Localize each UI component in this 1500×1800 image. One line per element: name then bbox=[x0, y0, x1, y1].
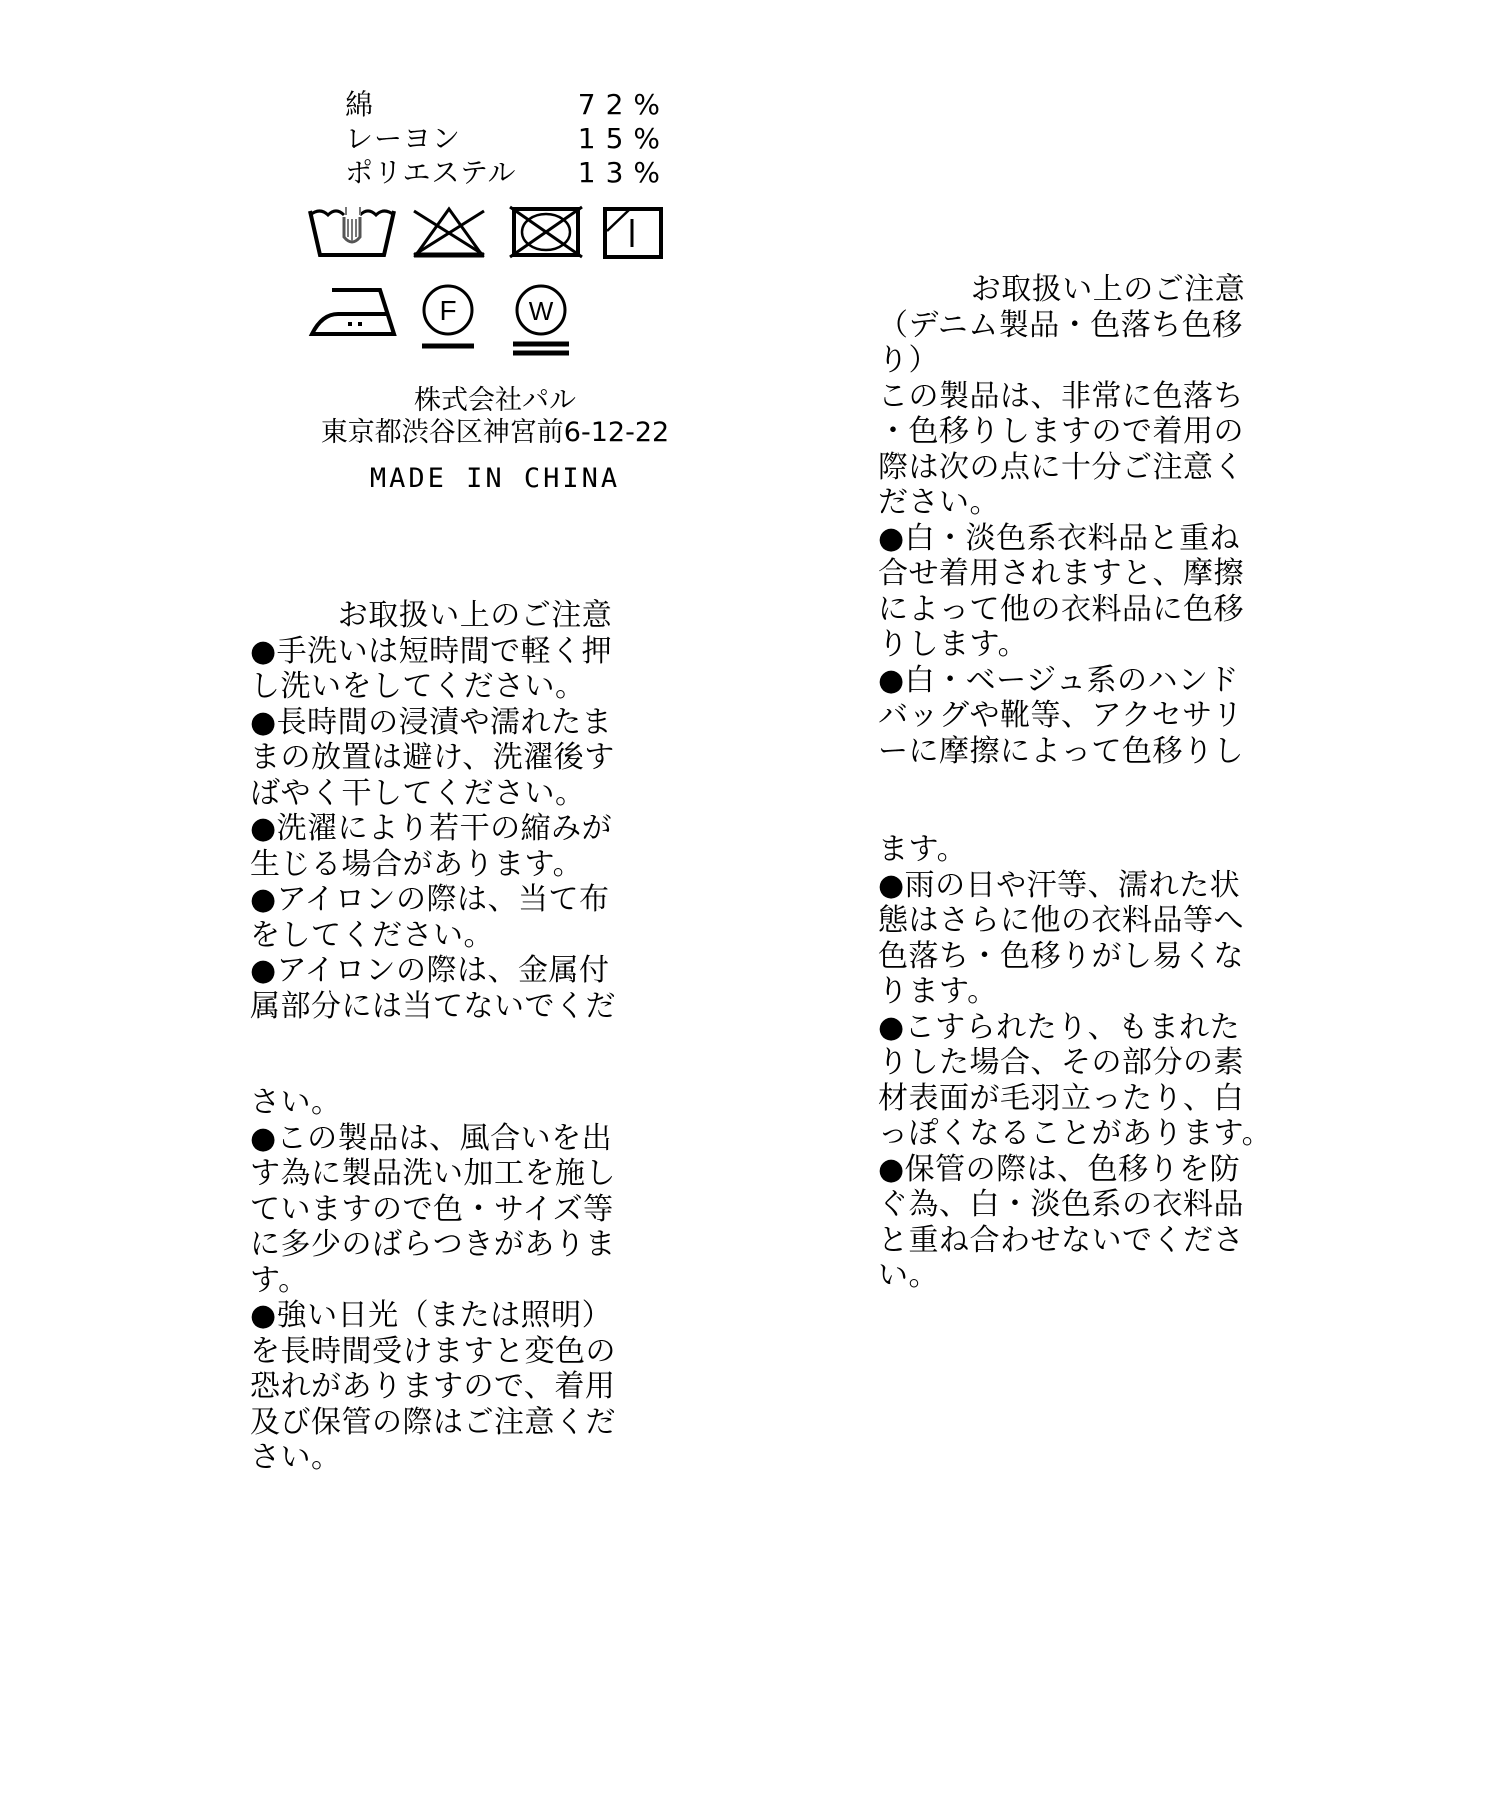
company-name: 株式会社パル bbox=[250, 385, 740, 417]
company-address: 東京都渋谷区神宮前6-12-22 bbox=[250, 417, 740, 449]
care-line: に多少のばらつきがありま bbox=[250, 1227, 700, 1263]
no-tumble-dry-icon bbox=[508, 203, 584, 261]
care-line: と重ね合わせないでくださ bbox=[878, 1223, 1338, 1259]
care-line: っぽくなることがあります。 bbox=[878, 1116, 1338, 1152]
fiber-material: 綿 bbox=[345, 88, 374, 122]
care-line: ーに摩擦によって色移りし bbox=[878, 734, 1338, 770]
care-line: ●洗濯により若干の縮みが bbox=[250, 811, 700, 847]
care-line: ●長時間の浸漬や濡れたま bbox=[250, 705, 700, 741]
care-line: ●白・ベージュ系のハンド bbox=[878, 663, 1338, 699]
fiber-percent: 15% bbox=[578, 122, 670, 156]
care-line: ります。 bbox=[878, 974, 1338, 1010]
svg-text:F: F bbox=[439, 295, 456, 326]
care-line: 色落ち・色移りがし易くな bbox=[878, 939, 1338, 975]
care-line: 属部分には当てないでくだ bbox=[250, 989, 700, 1025]
care-line: り） bbox=[878, 343, 1338, 379]
care-line: ていますので色・サイズ等 bbox=[250, 1192, 700, 1228]
care-line: い。 bbox=[878, 1258, 1338, 1294]
care-line: まの放置は避け、洗濯後す bbox=[250, 740, 700, 776]
care-line: さい。 bbox=[250, 1085, 700, 1121]
hand-wash-icon bbox=[306, 203, 398, 261]
care-line: 際は次の点に十分ご注意く bbox=[878, 450, 1338, 486]
care-line: この製品は、非常に色落ち bbox=[878, 379, 1338, 415]
care-line: ●アイロンの際は、金属付 bbox=[250, 953, 700, 989]
care-notes-left: お取扱い上のご注意 ●手洗いは短時間で軽く押 し洗いをしてください。 ●長時間の… bbox=[250, 598, 700, 1024]
care-line: 材表面が毛羽立ったり、白 bbox=[878, 1081, 1338, 1117]
care-line: ・色移りしますので着用の bbox=[878, 414, 1338, 450]
fiber-row-rayon: レーヨン 15% bbox=[345, 122, 670, 156]
care-line: （デニム製品・色落ち色移 bbox=[878, 308, 1338, 344]
care-line: りします。 bbox=[878, 627, 1338, 663]
care-line: ばやく干してください。 bbox=[250, 776, 700, 812]
care-line: ●保管の際は、色移りを防 bbox=[878, 1152, 1338, 1188]
care-notes-right-continued: ます。 ●雨の日や汗等、濡れた状 態はさらに他の衣料品等へ 色落ち・色移りがし易… bbox=[878, 832, 1338, 1294]
fiber-percent: 13% bbox=[578, 156, 670, 190]
care-line: ださい。 bbox=[878, 485, 1338, 521]
care-line: 合せ着用されますと、摩擦 bbox=[878, 556, 1338, 592]
fiber-material: ポリエステル bbox=[345, 156, 516, 190]
care-line: さい。 bbox=[250, 1440, 700, 1476]
care-line: ●この製品は、風合いを出 bbox=[250, 1121, 700, 1157]
no-bleach-icon bbox=[410, 203, 488, 261]
care-line: 及び保管の際はご注意くだ bbox=[250, 1405, 700, 1441]
care-line: ●雨の日や汗等、濡れた状 bbox=[878, 868, 1338, 904]
fiber-percent: 72% bbox=[578, 88, 670, 122]
care-line: し洗いをしてください。 bbox=[250, 669, 700, 705]
care-line: ぐ為、白・淡色系の衣料品 bbox=[878, 1187, 1338, 1223]
care-line: をしてください。 bbox=[250, 918, 700, 954]
fiber-row-cotton: 綿 72% bbox=[345, 88, 670, 122]
country-of-origin: MADE IN CHINA bbox=[250, 463, 740, 495]
care-line: ●白・淡色系衣料品と重ね bbox=[878, 521, 1338, 557]
care-line: ます。 bbox=[878, 832, 1338, 868]
care-notes-right: お取扱い上のご注意 （デニム製品・色落ち色移 り） この製品は、非常に色落ち ・… bbox=[878, 272, 1338, 769]
care-line: ●アイロンの際は、当て布 bbox=[250, 882, 700, 918]
care-line: 生じる場合があります。 bbox=[250, 847, 700, 883]
care-line: を長時間受けますと変色の bbox=[250, 1334, 700, 1370]
care-line: 態はさらに他の衣料品等へ bbox=[878, 903, 1338, 939]
svg-text:W: W bbox=[529, 296, 554, 326]
iron-low-medium-icon bbox=[308, 284, 400, 340]
care-line: ●強い日光（または照明） bbox=[250, 1298, 700, 1334]
line-dry-shade-icon bbox=[602, 203, 666, 261]
fiber-material: レーヨン bbox=[345, 122, 461, 156]
care-notes-title: お取扱い上のご注意 bbox=[250, 598, 700, 634]
care-line: す。 bbox=[250, 1263, 700, 1299]
wet-clean-w-icon: W bbox=[505, 282, 577, 358]
care-notes-left-continued: さい。 ●この製品は、風合いを出 す為に製品洗い加工を施し ていますので色・サイ… bbox=[250, 1085, 700, 1476]
care-line: バッグや靴等、アクセサリ bbox=[878, 698, 1338, 734]
fiber-row-polyester: ポリエステル 13% bbox=[345, 156, 670, 190]
dry-clean-f-icon: F bbox=[412, 282, 484, 354]
care-line: す為に製品洗い加工を施し bbox=[250, 1156, 700, 1192]
care-line: 恐れがありますので、着用 bbox=[250, 1369, 700, 1405]
care-line: ●こすられたり、もまれた bbox=[878, 1010, 1338, 1046]
care-line: によって他の衣料品に色移 bbox=[878, 592, 1338, 628]
care-notes-title: お取扱い上のご注意 bbox=[878, 272, 1338, 308]
care-line: りした場合、その部分の素 bbox=[878, 1045, 1338, 1081]
care-line: ●手洗いは短時間で軽く押 bbox=[250, 634, 700, 670]
